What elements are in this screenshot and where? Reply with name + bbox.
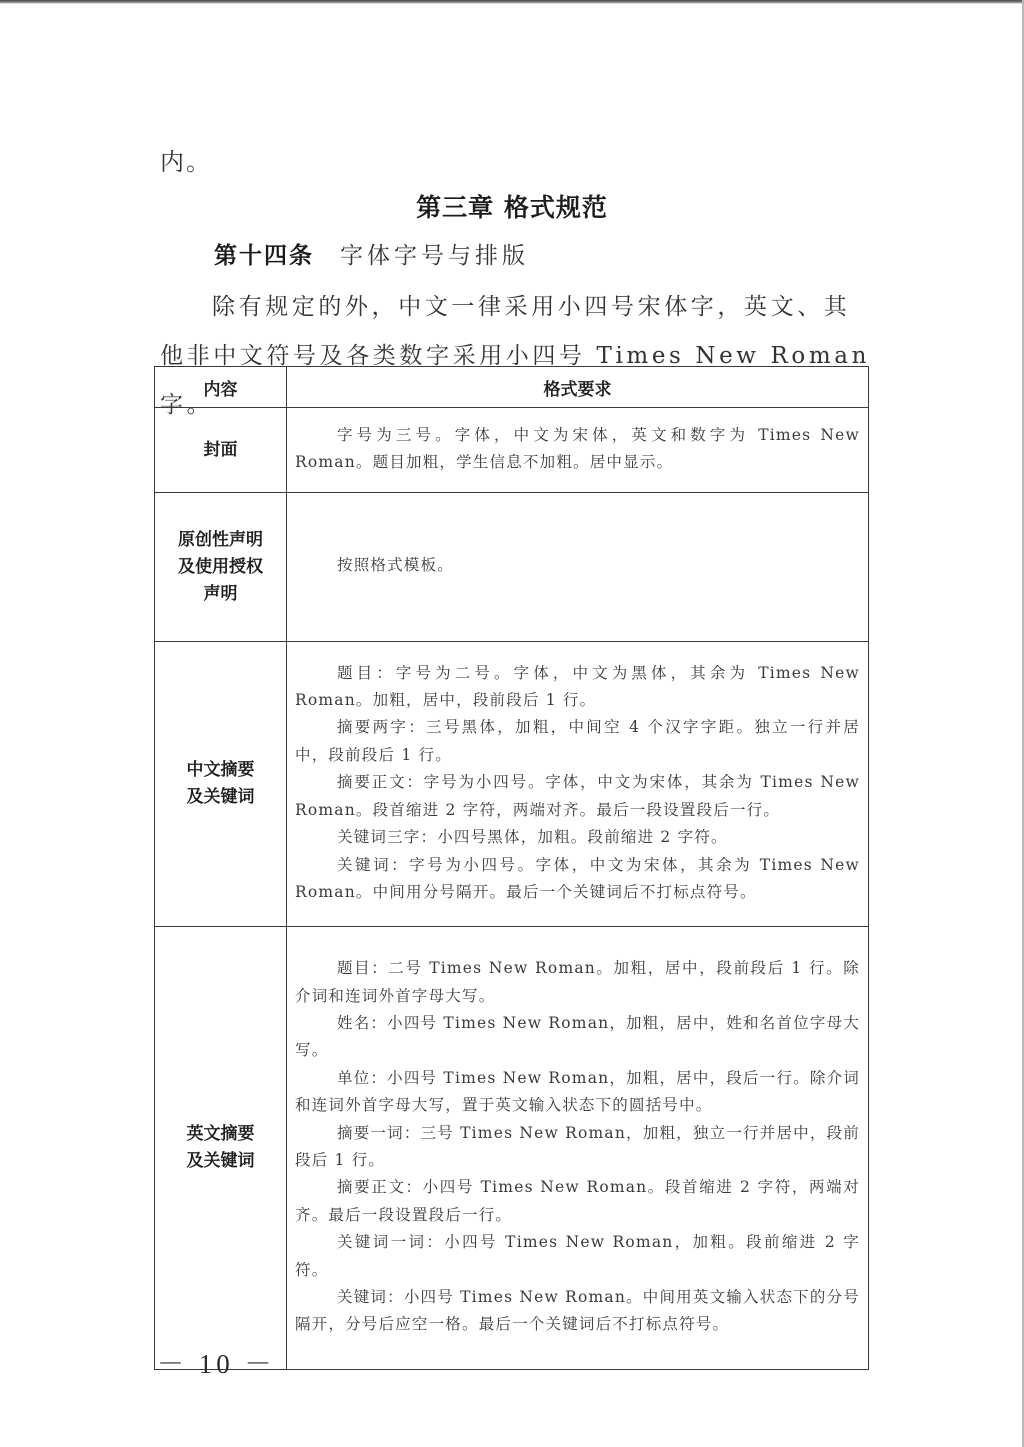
row-requirements: 题目：字号为二号。字体，中文为黑体，其余为 Times New Roman。加粗… — [287, 642, 869, 927]
format-requirements-table: 内容 格式要求 封面 字号为三号。字体，中文为宋体，英文和数字为 Times N… — [154, 366, 869, 1370]
row-label: 中文摘要 及关键词 — [155, 642, 287, 927]
table-row: 英文摘要 及关键词 题目：二号 Times New Roman。加粗，居中，段前… — [155, 927, 869, 1370]
article-title: 字体字号与排版 — [340, 243, 529, 269]
table-row: 原创性声明 及使用授权 声明 按照格式模板。 — [155, 493, 869, 642]
header-requirements: 格式要求 — [287, 367, 869, 408]
requirement-paragraph: 姓名：小四号 Times New Roman，加粗，居中，姓和名首位字母大写。 — [295, 1010, 860, 1065]
requirement-paragraph: 关键词：字号为小四号。字体，中文为宋体，其余为 Times New Roman。… — [295, 852, 860, 907]
header-content: 内容 — [155, 367, 287, 408]
requirement-paragraph: 摘要正文：字号为小四号。字体，中文为宋体，其余为 Times New Roman… — [295, 769, 860, 824]
article-number: 第十四条 — [214, 243, 314, 269]
requirement-paragraph: 字号为三号。字体，中文为宋体，英文和数字为 Times New Roman。题目… — [295, 422, 860, 477]
requirement-paragraph: 关键词一词：小四号 Times New Roman，加粗。段前缩进 2 字符。 — [295, 1229, 860, 1284]
continuation-text: 内。 — [160, 142, 212, 177]
requirement-paragraph: 题目：二号 Times New Roman。加粗，居中，段前段后 1 行。除介词… — [295, 955, 860, 1010]
row-label: 封面 — [155, 408, 287, 493]
table-row: 封面 字号为三号。字体，中文为宋体，英文和数字为 Times New Roman… — [155, 408, 869, 493]
scan-edge-top — [0, 0, 1024, 4]
table-row: 中文摘要 及关键词 题目：字号为二号。字体，中文为黑体，其余为 Times Ne… — [155, 642, 869, 927]
row-requirements: 题目：二号 Times New Roman。加粗，居中，段前段后 1 行。除介词… — [287, 927, 869, 1370]
requirement-paragraph: 题目：字号为二号。字体，中文为黑体，其余为 Times New Roman。加粗… — [295, 660, 860, 715]
requirement-paragraph: 关键词三字：小四号黑体，加粗。段前缩进 2 字符。 — [295, 824, 860, 851]
requirement-paragraph: 摘要正文：小四号 Times New Roman。段首缩进 2 字符，两端对齐。… — [295, 1174, 860, 1229]
article-heading: 第十四条字体字号与排版 — [214, 237, 529, 270]
requirement-paragraph: 关键词：小四号 Times New Roman。中间用英文输入状态下的分号隔开，… — [295, 1284, 860, 1339]
chapter-title: 第三章 格式规范 — [0, 188, 1024, 224]
row-label: 原创性声明 及使用授权 声明 — [155, 493, 287, 642]
requirement-paragraph: 按照格式模板。 — [295, 552, 860, 579]
row-label: 英文摘要 及关键词 — [155, 927, 287, 1370]
row-requirements: 按照格式模板。 — [287, 493, 869, 642]
row-requirements: 字号为三号。字体，中文为宋体，英文和数字为 Times New Roman。题目… — [287, 408, 869, 493]
requirement-paragraph: 单位：小四号 Times New Roman，加粗，居中，段后一行。除介词和连词… — [295, 1065, 860, 1120]
page-number: － 10 － — [157, 1342, 276, 1381]
requirement-paragraph: 摘要两字：三号黑体，加粗，中间空 4 个汉字字距。独立一行并居中，段前段后 1 … — [295, 714, 860, 769]
requirement-paragraph: 摘要一词：三号 Times New Roman，加粗，独立一行并居中，段前段后 … — [295, 1120, 860, 1175]
table-header-row: 内容 格式要求 — [155, 367, 869, 408]
